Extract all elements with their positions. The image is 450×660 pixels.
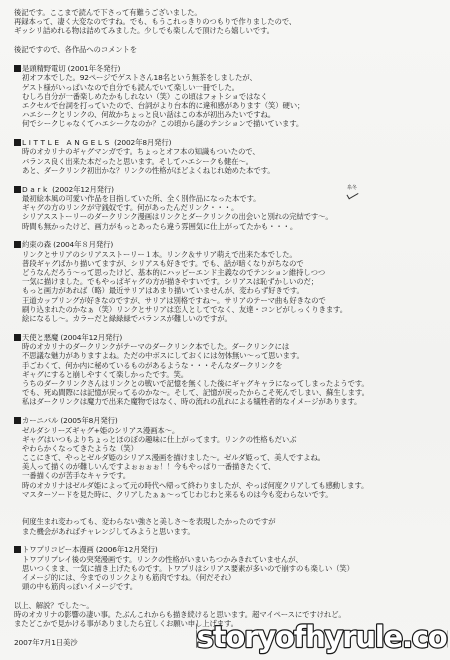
section-date: (2005年8月発行): [60, 416, 117, 425]
section-little-angels: LITTLE ANGELS (2002年8月発行) 時のオカリナのギャグマンガで…: [14, 138, 444, 175]
section-date: (2002年12月発行): [52, 185, 114, 194]
section-line: ギャグの方のリンクが守銭奴です。何があったんだリンク・・・。: [14, 203, 444, 212]
section-line: マスターソードを見た時に、クリアしたぁぁ～ってじわじわと来るものは今も変わらない…: [14, 490, 444, 499]
section-line: リンクとサリアのシリアスストーリー１本。リンク＆サリア萌えで出来た本でした。: [14, 250, 444, 259]
square-bullet-icon: [14, 546, 21, 553]
section-line: あと、ダークリンク初出かな？リンクの性格がほどよくねじれ始めた本です。: [14, 166, 444, 175]
section-title: カーニバル: [22, 416, 58, 425]
section-line: ここにきて、やっとゼルダ姫のシリアス漫画を描けました～。ゼルダ姫って、美人ですよ…: [14, 453, 444, 462]
section-tenshi-to-akuma: 天使と悪魔 (2004年12月発行) 時のオカリナのダークリンクがテーマのダーク…: [14, 333, 444, 407]
section-line: 私はダークリンクは魔力で出来た魔物ではなく、時の流れの乱れによる犠牲者的なイメー…: [14, 397, 444, 406]
closing-line: 以上、解説？でした～。: [14, 601, 444, 610]
section-line: 王道カップリングが好きなのですが、サリアは別格ですね～。サリアのテーマ曲も好きな…: [14, 296, 444, 305]
section-line: バランス良く出来た本だったと思います。そしてハエシークも健在～。: [14, 157, 444, 166]
section-line: ハエシークとリンクの、何故かちょっと良い話はこの本が初出みたいですね。: [14, 110, 444, 119]
section-header: 天使と悪魔 (2004年12月発行): [14, 333, 444, 342]
section-header: 約束の森 (2004年８月発行): [14, 240, 444, 249]
spacer: [14, 499, 444, 508]
section-line: 一番描くのが苦手なキャラです。: [14, 471, 444, 480]
section-line: 不思議な魅力がありますよね。ただの中ボスにしておくには勿体無い～って思います。: [14, 351, 444, 360]
section-line: 最初絵本風の可愛い作品を目指していた所、全く別作品になった本です。: [14, 194, 444, 203]
section-carnival: カーニバル (2005年8月発行) ゼルダシリーズギャグ+姫のシリアス漫画本～。…: [14, 416, 444, 536]
spacer: [14, 508, 444, 517]
section-date: (2004年12月発行): [60, 333, 122, 342]
section-line: 美人って描くのが難しいんですよぉぉぉぉ！！今もやっぱり一番描きたくて、: [14, 462, 444, 471]
spacer: [14, 536, 444, 546]
section-line: トワプリプレイ後の突発漫画です。リンクの性格がいまいちつかみきれていませんが、: [14, 555, 444, 564]
section-line: むしろ自分が一番楽しめたかもしれない（笑）この頃はフォトショではなく: [14, 92, 444, 101]
section-title: LITTLE ANGELS: [22, 138, 112, 147]
section-line: 時のオカリナはゼルダ姫によって元の時代へ帰って終わりましたが、やっぱ何度クリアし…: [14, 481, 444, 490]
section-line: 何でシークじゃなくてハエシークなのか？この頃から謎のテンションで描いています。: [14, 119, 444, 128]
section-line: ゼルダシリーズギャグ+姫のシリアス漫画本～。: [14, 426, 444, 435]
section-line: 一気に描けました。でもやっぱギャグの方が描きやすいです。シリアスは恥ずかしいのだ…: [14, 277, 444, 286]
section-line: 刷り込まれたのかなぁ（笑）リンクとサリアは恋人としてでなく、友達・コンビがしっく…: [14, 305, 444, 314]
section-line: もっと画力があれば（略）最近サリアはあまり描いていませんが、変わらず好きです。: [14, 286, 444, 295]
section-line: どうなんだろう～って思ったけど、基本的にハッピーエンド主義なのでテンション維持し…: [14, 268, 444, 277]
intro-line: 再録本って、凄く大変なのですね。でも、もうこれっきりのつもりで作りましたので、: [14, 17, 444, 26]
section-line: 初オフ本でした。92ページでゲストさん18名という無茶をしましたが、: [14, 73, 444, 82]
section-line: 普段ギャグばかり描いてますが、シリアスも好きです。でも、話が暗くなりがちなので: [14, 259, 444, 268]
square-bullet-icon: [14, 241, 21, 248]
section-line: 頭の中も筋肉っぽいイメージです。: [14, 582, 444, 591]
doodle-mark: 糸冬: [341, 186, 363, 204]
spacer: [14, 407, 444, 417]
section-title: 約束の森: [22, 240, 51, 249]
section-line: 手ごわくて、何か内に秘めているものがあるような・・・そんなダークリンクを: [14, 361, 444, 370]
spacer: [14, 128, 444, 138]
section-line: ギャグにすると崩しやすくて楽しかったです。笑。: [14, 370, 444, 379]
square-bullet-icon: [14, 65, 21, 72]
section-header: LITTLE ANGELS (2002年8月発行): [14, 138, 444, 147]
watermark-logo: historyofhyrule.com: [196, 617, 448, 657]
section-dark: Dark (2002年12月発行) 最初絵本風の可愛い作品を目指していた所、全く…: [14, 185, 444, 231]
comment-lead: 後記ですので、各作品へのコメントを: [14, 45, 444, 54]
section-date: (2002年8月発行): [114, 138, 171, 147]
section-line: 時間も無かったけど、画力がもっとあったら違う雰囲気に仕上がってたかも・・・。: [14, 222, 444, 231]
section-line: 絵になるし～。カラーだと緑緑緑でバランスが難しいのですが。: [14, 314, 444, 323]
spacer: [14, 231, 444, 241]
section-header: Dark (2002年12月発行): [14, 185, 444, 194]
spacer: [14, 591, 444, 601]
section-zetsubou: 是頭精野電切 (2001年冬発行) 初オフ本でした。92ページでゲストさん18名…: [14, 64, 444, 129]
watermark-logo-icon: historyofhyrule.com: [196, 617, 448, 657]
square-bullet-icon: [14, 186, 21, 193]
section-title: 天使と悪魔: [22, 333, 58, 342]
check-mark-icon: [346, 190, 358, 200]
section-title: Dark: [22, 185, 50, 194]
section-header: カーニバル (2005年8月発行): [14, 416, 444, 425]
section-yakusoku-no-mori: 約束の森 (2004年８月発行) リンクとサリアのシリアスストーリー１本。リンク…: [14, 240, 444, 323]
intro-line: 後記です。ここまで読んで下さって有難うございました。: [14, 8, 444, 17]
section-line: うちのダークリンクさんはリンクとの戦いで記憶を無くした後にギャグキャラになってし…: [14, 379, 444, 388]
section-line: エクセルで台詞を打っていたので、台詞がより台本的に違和感があります（笑）硬い；: [14, 101, 444, 110]
section-date: (2001年冬発行): [68, 64, 121, 73]
square-bullet-icon: [14, 334, 21, 341]
square-bullet-icon: [14, 417, 21, 424]
svg-text:historyofhyrule.com: historyofhyrule.com: [196, 620, 448, 654]
section-line: イメージ的には、今までのリンクよりも筋肉ですね。（何だそれ）: [14, 573, 444, 582]
section-date: (2004年８月発行): [53, 240, 113, 249]
section-header: トワプリコピー本漫画 (2006年12月発行): [14, 545, 444, 554]
afterword-page: 後記です。ここまで読んで下さって有難うございました。 再録本って、凄く大変なので…: [0, 0, 450, 660]
section-line: 思いつくまま、一気に描き上げたものです。トワプリはシリアス要素が多いので崩すのも…: [14, 564, 444, 573]
section-header: 是頭精野電切 (2001年冬発行): [14, 64, 444, 73]
section-line: やわらかくなってきたような（笑）: [14, 444, 444, 453]
section-line: 時のオカリナのダークリンクがテーマのダークリンク本でした。ダークリンクには: [14, 342, 444, 351]
spacer: [14, 36, 444, 46]
section-line: シリアスストーリーのダークリンク漫画はリンクとダークリンクの出会いと別れの完結で…: [14, 212, 444, 221]
section-line: 時のオカリナのギャグマンガです。ちょっとオフ本の知識もついたので、: [14, 147, 444, 156]
section-line: ギャグはいつもよりちょっとほのぼの趣味に仕上がってます。リンクの性格もだいぶ: [14, 435, 444, 444]
section-title: 是頭精野電切: [22, 64, 65, 73]
section-title: トワプリコピー本漫画: [22, 545, 94, 554]
square-bullet-icon: [14, 139, 21, 146]
section-date: (2006年12月発行): [96, 545, 158, 554]
section-line: ゲスト様がいっぱいなので自分でも読んでいて楽しい一冊でした。: [14, 83, 444, 92]
section-line: また機会があればチャレンジしてみようと思います。: [14, 527, 444, 536]
intro-line: ギッシリ詰めれる物は詰めてみました。少しでも楽しんで頂けたら嬉しいです。: [14, 26, 444, 35]
spacer: [14, 323, 444, 333]
section-twapri-copy: トワプリコピー本漫画 (2006年12月発行) トワプリプレイ後の突発漫画です。…: [14, 545, 444, 591]
afterword-text: 後記です。ここまで読んで下さって有難うございました。 再録本って、凄く大変なので…: [14, 8, 444, 647]
spacer: [14, 54, 444, 64]
spacer: [14, 175, 444, 185]
section-line: 何度生まれ変わっても、変わらない強さと美しさ～を表現したかったのですが: [14, 517, 444, 526]
section-line: でも、死ぬ間際には記憶が戻ってるのかな～。そして、記憶が戻ったからこそ死んでしま…: [14, 388, 444, 397]
